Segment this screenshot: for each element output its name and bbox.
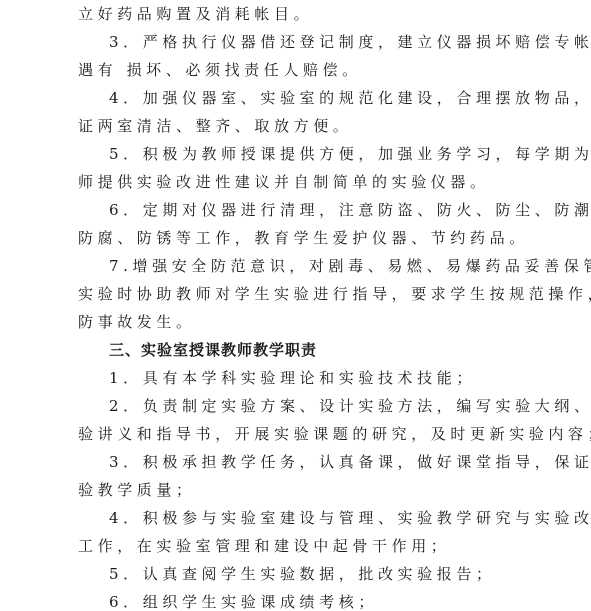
duty-item-1: 1．具有本学科实验理论和实验技术技能； [78,364,520,392]
list-item-7: 7.增强安全防范意识，对剧毒、易燃、易爆药品妥善保管； [78,252,520,280]
text-line: 验教学质量； [78,476,520,504]
text-line: 工作，在实验室管理和建设中起骨干作用； [78,532,520,560]
text-line: 验讲义和指导书，开展实验课题的研究，及时更新实验内容； [78,420,520,448]
list-item-3: 3．严格执行仪器借还登记制度，建立仪器损坏赔偿专帐， [78,28,520,56]
duty-item-5: 5．认真查阅学生实验数据，批改实验报告； [78,560,520,588]
text-line: 证两室清洁、整齐、取放方便。 [78,112,520,140]
text-line: 防腐、防锈等工作，教育学生爱护仪器、节约药品。 [78,224,520,252]
duty-item-3: 3．积极承担教学任务，认真备课，做好课堂指导，保证实 [78,448,520,476]
list-item-6: 6．定期对仪器进行清理，注意防盗、防火、防尘、防潮、 [78,196,520,224]
text-line: 立好药品购置及消耗帐目。 [78,0,520,28]
list-item-5: 5．积极为教师授课提供方便，加强业务学习，每学期为教 [78,140,520,168]
section-heading: 三、实验室授课教师教学职责 [78,336,520,364]
text-line: 遇有 损坏、必须找责任人赔偿。 [78,56,520,84]
duty-item-4: 4．积极参与实验室建设与管理、实验教学研究与实验改革 [78,504,520,532]
document-page: 立好药品购置及消耗帐目。 3．严格执行仪器借还登记制度，建立仪器损坏赔偿专帐， … [78,0,520,611]
list-item-4: 4．加强仪器室、实验室的规范化建设，合理摆放物品，保 [78,84,520,112]
text-line: 防事故发生。 [78,308,520,336]
duty-item-2: 2．负责制定实验方案、设计实验方法，编写实验大纲、实 [78,392,520,420]
text-line: 师提供实验改进性建议并自制简单的实验仪器。 [78,168,520,196]
duty-item-6: 6．组织学生实验课成绩考核； [78,588,520,611]
text-line: 实验时协助教师对学生实验进行指导，要求学生按规范操作，严 [78,280,520,308]
